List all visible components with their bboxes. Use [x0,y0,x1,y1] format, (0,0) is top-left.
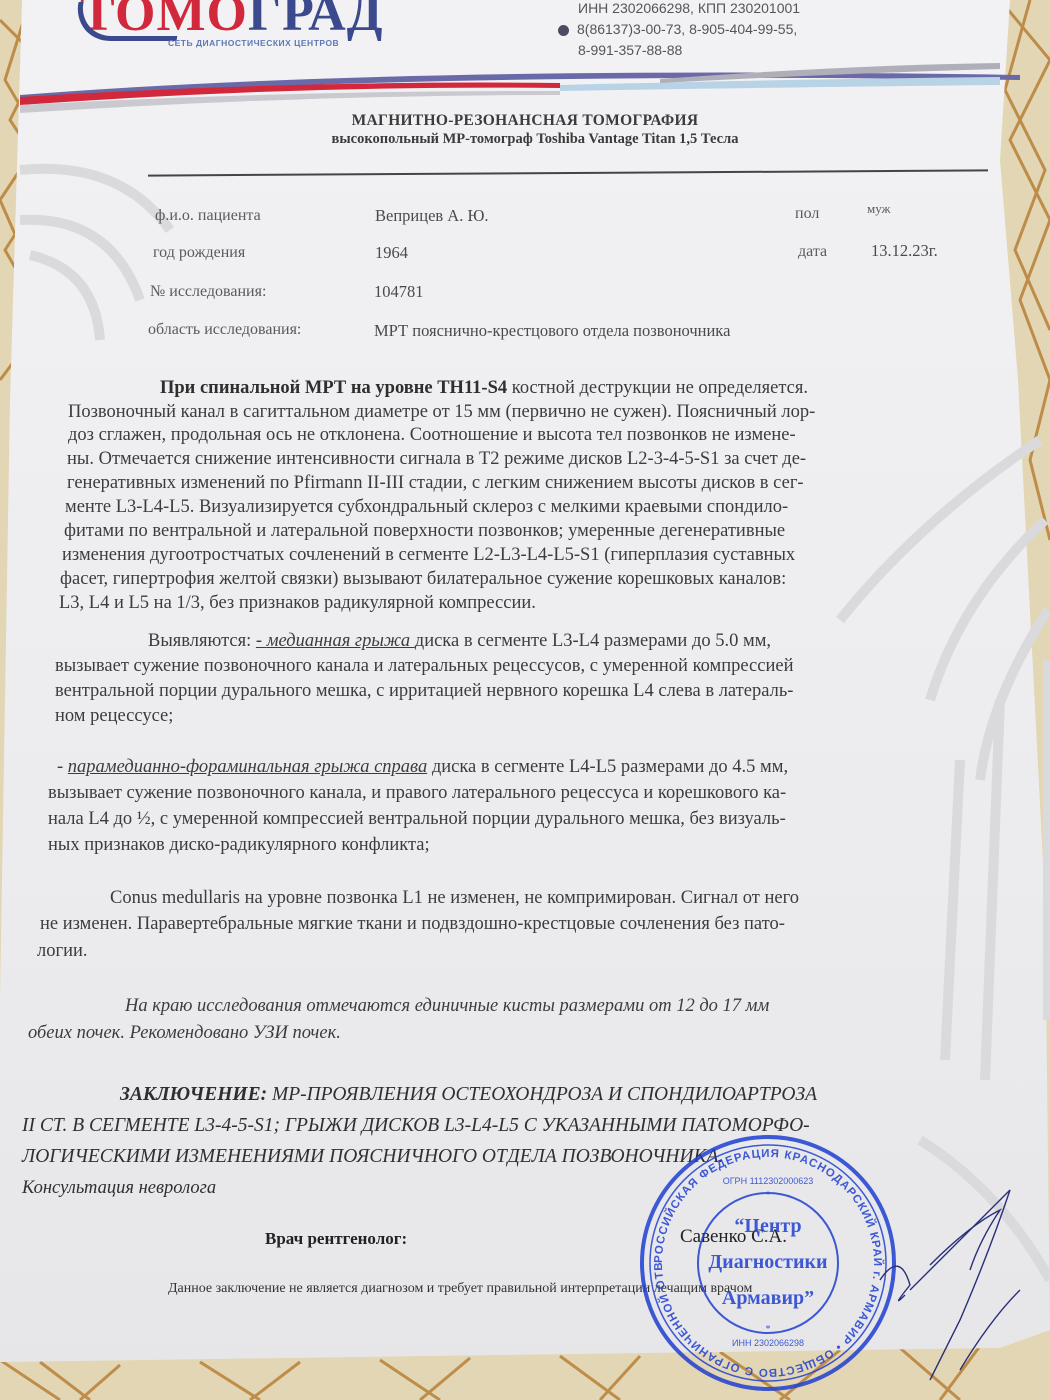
report-p5-line-0: На краю исследования отмечаются единичны… [125,995,769,1018]
date-value: 13.12.23г. [871,241,938,261]
sex-label: пол [795,205,819,223]
report-p1-line-6: фитами по вентральной и латеральной пове… [64,520,785,543]
patient-name: Веприцев А. Ю. [375,206,489,226]
patient-name-label: ф.и.о. пациента [155,207,261,225]
handwritten-signature [870,1170,1050,1400]
report-p2-line-0: Выявляются: - медианная грыжа диска в се… [148,630,771,653]
conclusion-label: ЗАКЛЮЧЕНИЕ: [120,1084,267,1105]
report-p3-line-3: ных признаков диско-радикулярного конфли… [48,834,430,857]
logo-tagline: СЕТЬ ДИАГНОСТИЧЕСКИХ ЦЕНТРОВ [168,38,339,48]
inn-kpp: ИНН 2302066298, КПП 230201001 [578,0,800,19]
study-area: МРТ пояснично-крестцового отдела позвоно… [374,321,730,341]
phones-line-1: 8(86137)3-00-73, 8-905-404-99-55, [577,21,797,37]
study-number-label: № исследования: [150,283,266,301]
paramedian-hernia-text: парамедианно-фораминальная грыжа справа [68,757,427,777]
study-area-label: область исследования: [148,321,301,339]
report-p4-line-1: не изменен. Паравертебральные мягкие тка… [40,913,785,936]
report-p3-line-1: вызывает сужение позвоночного канала, и … [48,782,786,805]
report-p4-line-0: Conus medullaris на уровне позвонка L1 н… [110,887,799,910]
svg-text:*: * [766,1324,771,1335]
header-divider [148,169,988,176]
report-p3-line-2: нала L4 до ½, с умеренной компрессией ве… [48,808,786,831]
birth-year: 1964 [375,243,408,263]
document-subtitle: высокопольный МР-томограф Toshiba Vantag… [0,131,1050,148]
birth-year-label: год рождения [153,244,245,262]
report-p1-line-9: L3, L4 и L5 на 1/3, без признаков радику… [59,592,536,615]
stamp-inn: ИНН 2302066298 [732,1338,804,1348]
report-p4-line-2: логии. [37,940,88,963]
company-contacts: ИНН 2302066298, КПП 230201001 8(86137)3-… [578,0,800,61]
report-p2-line-2: вентральной порции дурального мешка, с и… [55,680,793,703]
document-title: МАГНИТНО-РЕЗОНАНСНАЯ ТОМОГРАФИЯ [0,112,1050,130]
svg-text:*: * [766,1190,771,1201]
report-p1-line-1: Позвоночный канал в сагиттальном диаметр… [68,401,815,424]
report-p1-line-5: менте L3-L4-L5. Визуализируется субхондр… [65,496,788,519]
report-p1-line-3: ны. Отмечается снижение интенсивности си… [67,448,806,471]
conclusion-line-0: ЗАКЛЮЧЕНИЕ: МР-ПРОЯВЛЕНИЯ ОСТЕОХОНДРОЗА … [120,1082,817,1108]
study-number: 104781 [374,282,424,302]
header-bands [0,55,1050,115]
stamp-line-3: Армавир” [722,1287,814,1309]
report-p1-line-7: изменения дугоотростчатых сочленений в с… [62,544,795,567]
report-p2-line-1: вызывает сужение позвоночного канала и л… [55,655,794,678]
stamp-ogrn: ОГРН 1112302000623 [723,1176,814,1186]
report-p5-line-1: обеих почек. Рекомендовано УЗИ почек. [28,1022,341,1045]
stamp-line-1: “Центр [734,1215,801,1237]
report-p1-line-4: генеративных изменений по Pfirmann II-II… [67,472,804,495]
company-logo: ТОМОГРАД СЕТЬ ДИАГНОСТИЧЕСКИХ ЦЕНТРОВ [80,0,384,40]
report-p3-line-0: - парамедианно-фораминальная грыжа справ… [57,756,788,779]
doctor-label: Врач рентгенолог: [265,1229,407,1249]
sex-value: муж [867,201,891,217]
logo-text-part2: ГРАД [248,0,384,42]
report-p2-line-3: ном рецессусе; [55,705,173,728]
date-label: дата [798,243,827,261]
conclusion-line-3: Консультация невролога [22,1175,216,1201]
conclusion-line-2: ЛОГИЧЕСКИМИ ИЗМЕНЕНИЯМИ ПОЯСНИЧНОГО ОТДЕ… [22,1144,723,1170]
report-p1-line-8: фасет, гипертрофия желтой связки) вызыва… [60,568,786,591]
stamp-line-2: Диагностики [708,1251,827,1273]
phone-icon [558,25,569,36]
median-hernia-text: медианная грыжа [267,631,415,651]
report-p1-line-0: При спинальной МРТ на уровне TH11-S4 кос… [160,377,808,400]
official-stamp: РОССИЙСКАЯ ФЕДЕРАЦИЯ КРАСНОДАРСКИЙ КРАЙ … [637,1132,899,1394]
report-p1-line-2: доз сглажен, продольная ось не отклонена… [68,424,796,447]
